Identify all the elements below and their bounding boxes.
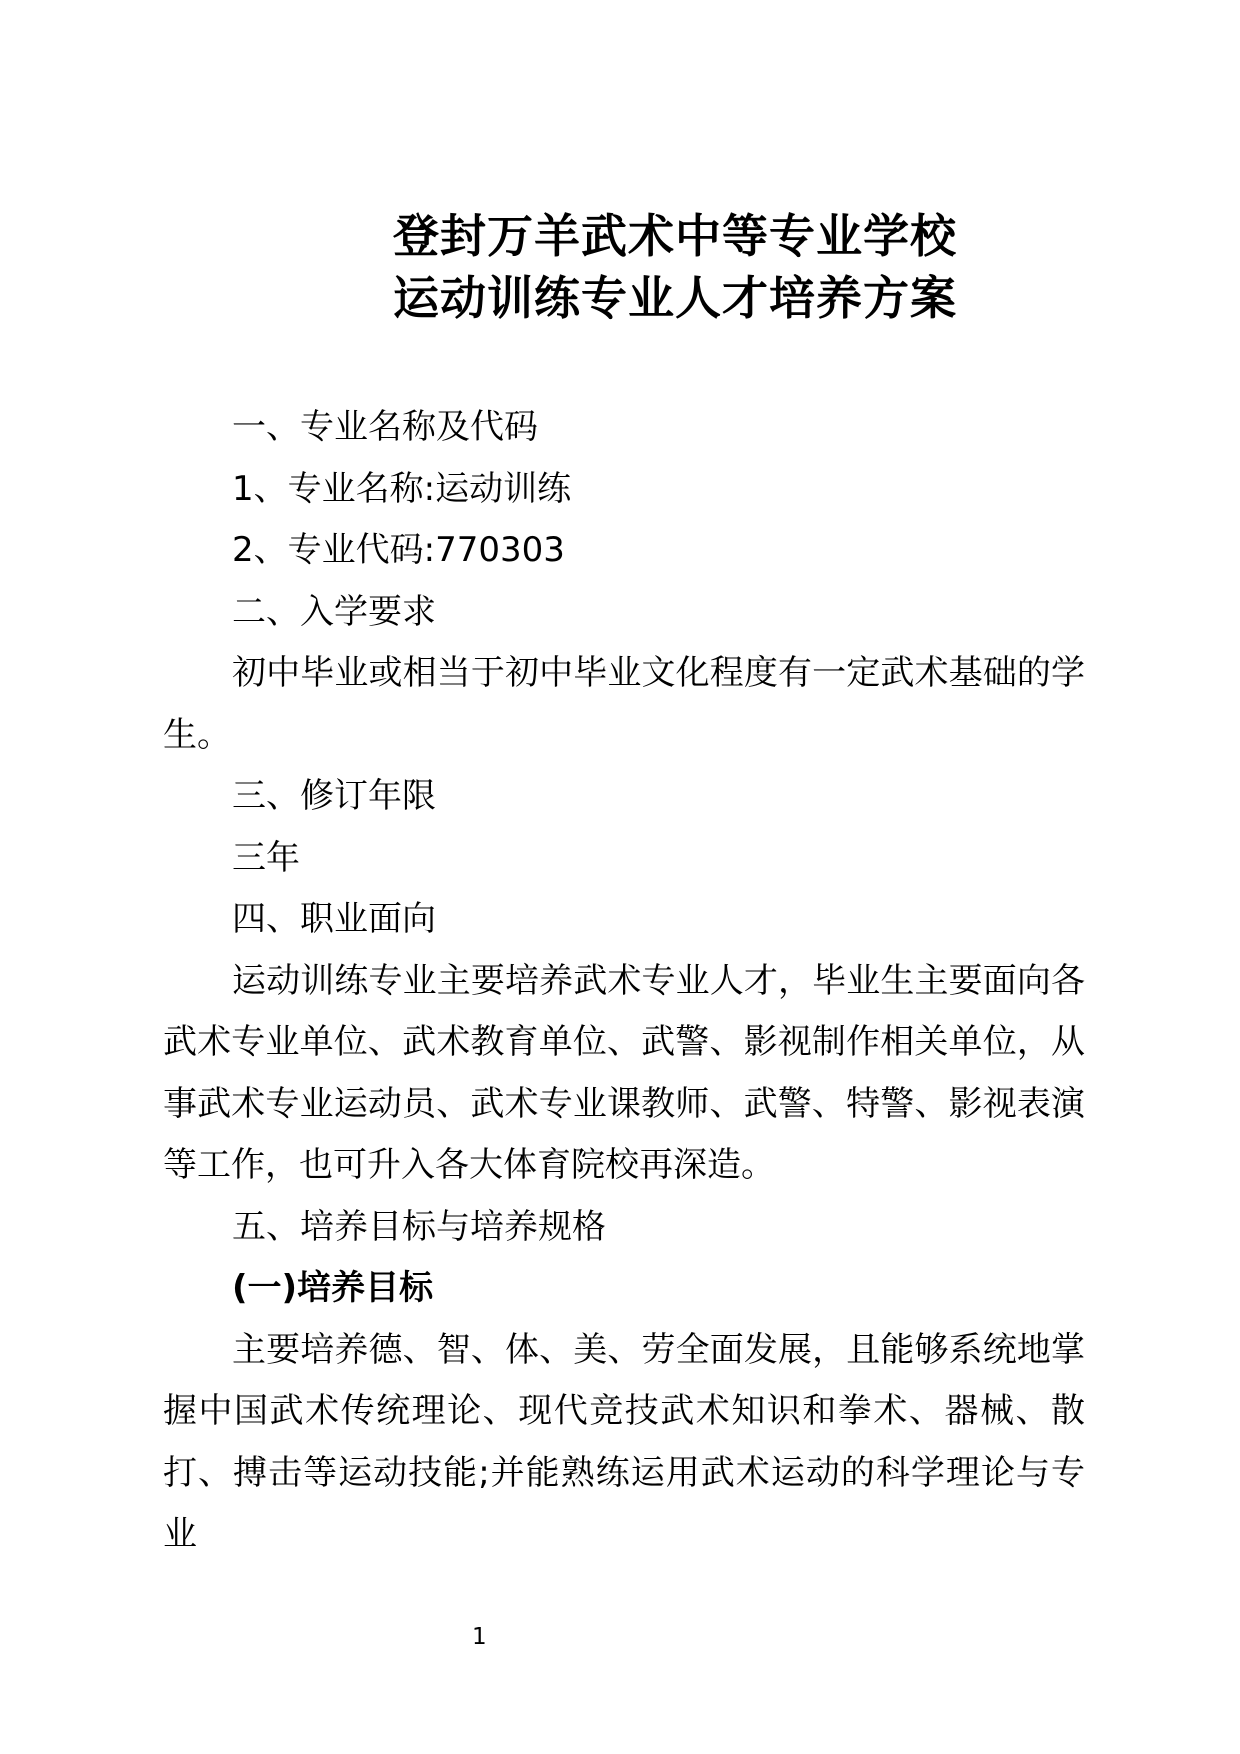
subsection-heading: (一)培养目标 [163, 1258, 1085, 1320]
list-item: 2、专业代码:770303 [163, 520, 1085, 582]
section-heading: 二、入学要求 [163, 582, 1085, 644]
document-page: 登封万羊武术中等专业学校 运动训练专业人才培养方案 一、专业名称及代码1、专业名… [0, 0, 1240, 1754]
document-title: 登封万羊武术中等专业学校 运动训练专业人才培养方案 [163, 205, 1085, 329]
paragraph-line: 握中国武术传统理论、现代竞技武术知识和拳术、器械、散 [163, 1381, 1085, 1443]
paragraph-line: 生。 [163, 705, 1085, 767]
paragraph-line: 打、搏击等运动技能;并能熟练运用武术运动的科学理论与专业 [163, 1443, 1085, 1505]
document-title-line-1: 登封万羊武术中等专业学校 [393, 205, 1085, 267]
paragraph-line: 等工作，也可升入各大体育院校再深造。 [163, 1135, 1085, 1197]
paragraph-line: 事武术专业运动员、武术专业课教师、武警、特警、影视表演 [163, 1074, 1085, 1136]
paragraph-line: 运动训练专业主要培养武术专业人才，毕业生主要面向各 [163, 951, 1085, 1013]
section-heading: 三、修订年限 [163, 766, 1085, 828]
document-body: 一、专业名称及代码1、专业名称:运动训练2、专业代码:770303二、入学要求初… [163, 397, 1085, 1504]
paragraph-line: 主要培养德、智、体、美、劳全面发展，且能够系统地掌 [163, 1320, 1085, 1382]
document-title-line-2: 运动训练专业人才培养方案 [393, 267, 1085, 329]
list-item: 1、专业名称:运动训练 [163, 459, 1085, 521]
page-number: 1 [472, 1622, 487, 1652]
section-heading: 五、培养目标与培养规格 [163, 1197, 1085, 1259]
section-heading: 四、职业面向 [163, 889, 1085, 951]
paragraph-line: 武术专业单位、武术教育单位、武警、影视制作相关单位，从 [163, 1012, 1085, 1074]
paragraph-line: 三年 [163, 828, 1085, 890]
section-heading: 一、专业名称及代码 [163, 397, 1085, 459]
paragraph-line: 初中毕业或相当于初中毕业文化程度有一定武术基础的学 [163, 643, 1085, 705]
